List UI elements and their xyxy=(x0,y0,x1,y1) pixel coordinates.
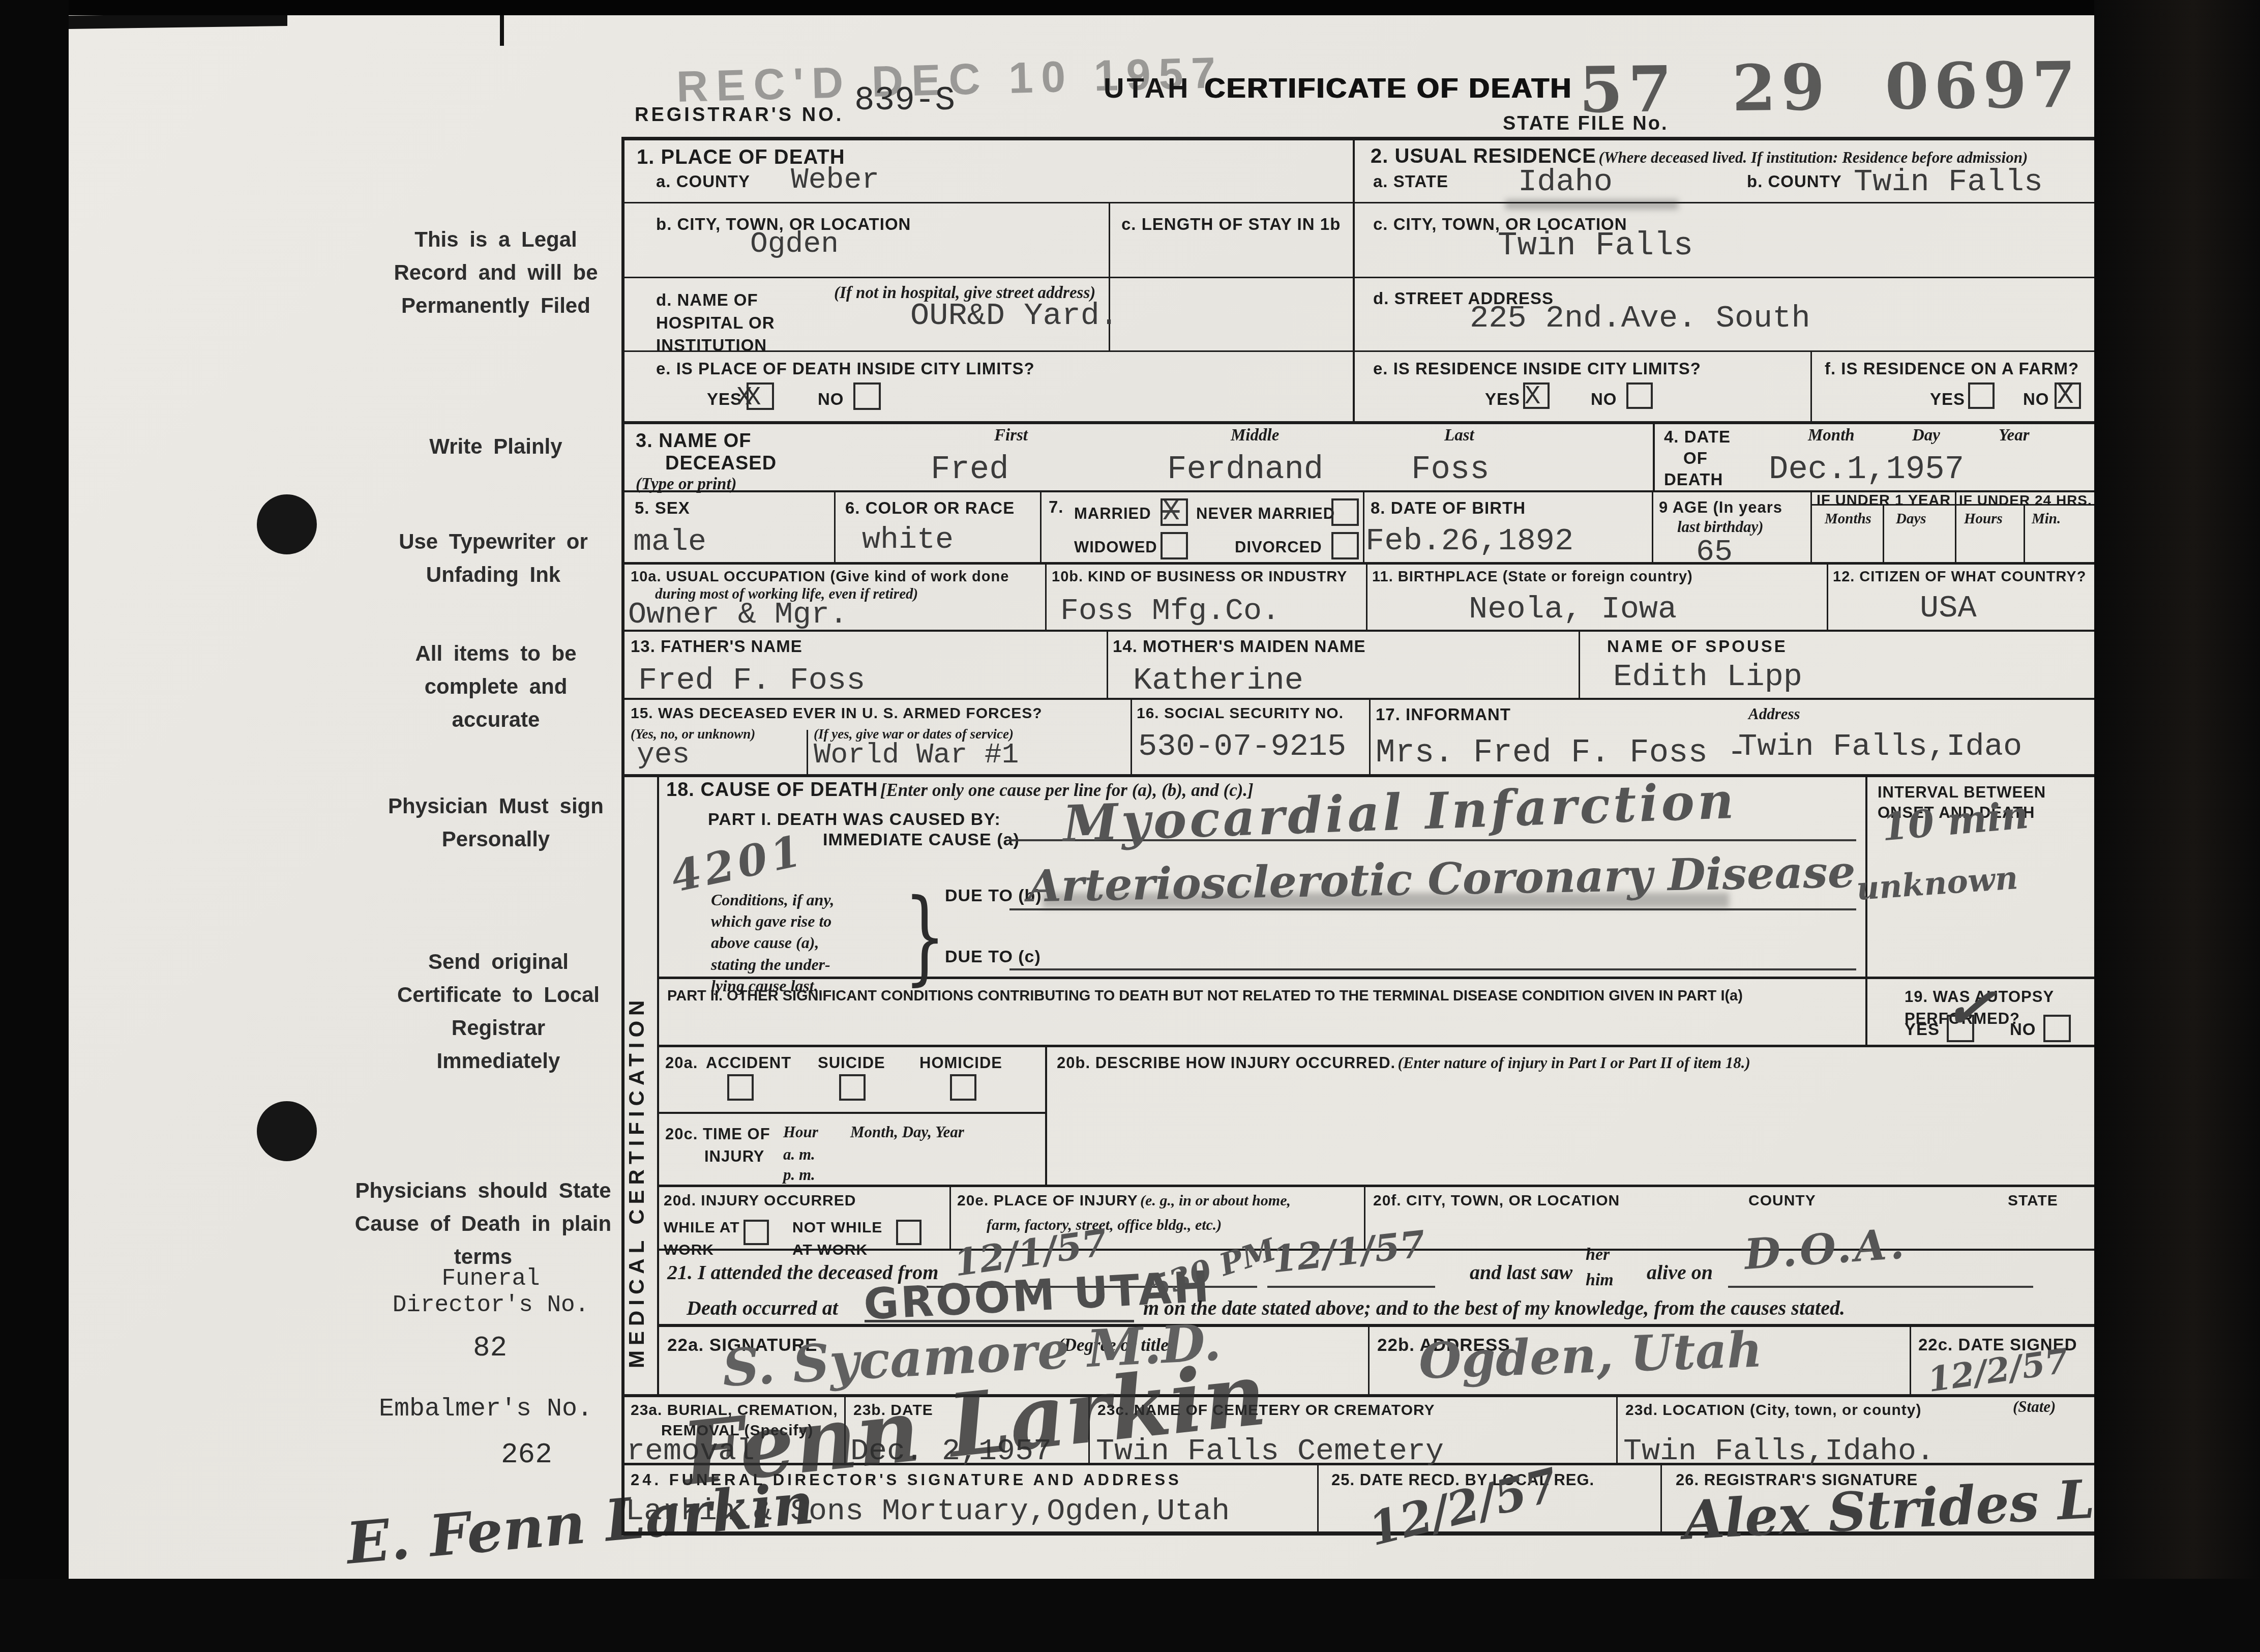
s21-mid-label: and last saw xyxy=(1470,1260,1572,1284)
form-line xyxy=(1040,490,1042,562)
s20d-label: 20d. INJURY OCCURRED xyxy=(664,1192,856,1209)
form-line xyxy=(657,774,659,1394)
s4-label1: 4. DATE xyxy=(1664,427,1731,447)
s7-widowed-label: WIDOWED xyxy=(1074,538,1157,556)
s1d-label: d. NAME OF HOSPITAL OR INSTITUTION xyxy=(656,289,775,357)
s20c-mdy-label: Month, Day, Year xyxy=(850,1123,964,1141)
s20a-number: 20a. xyxy=(665,1054,698,1072)
form-line xyxy=(1107,630,1108,698)
s19-yes-label: YES xyxy=(1905,1020,1940,1039)
medical-certification-vertical-label: MEDICAL CERTIFICATION xyxy=(625,829,649,1368)
s4-date-of-death-value: Dec.1,1957 xyxy=(1769,452,1964,488)
s2d-street-value: 225 2nd.Ave. South xyxy=(1470,300,1810,336)
form-line xyxy=(621,277,2094,278)
form-line xyxy=(1827,562,1828,630)
s15-value1: yes xyxy=(637,739,690,772)
form-line xyxy=(1353,137,1355,421)
s21-blank3 xyxy=(1728,1286,2033,1288)
s20a-homicide-checkbox xyxy=(950,1074,976,1101)
s20b-label-row: 20b. DESCRIBE HOW INJURY OCCURRED. (Ente… xyxy=(1057,1054,1750,1072)
s2e-yes-mark: X xyxy=(1525,381,1540,411)
s7-never-married-label: NEVER MARRIED xyxy=(1196,505,1335,523)
s20d-notwhile-checkbox xyxy=(896,1220,921,1245)
margin-note-plain-terms: Physicians should State Cause of Death i… xyxy=(346,1174,620,1273)
margin-note-typewriter: Use Typewriter or Unfading Ink xyxy=(366,525,620,591)
s2f-yes-checkbox xyxy=(1968,382,1995,409)
form-line xyxy=(2024,504,2025,562)
s7-never-married-checkbox xyxy=(1331,498,1359,526)
s8-dob-value: Feb.26,1892 xyxy=(1365,523,1573,559)
s3-first-label: First xyxy=(994,426,1028,445)
s4-day-label: Day xyxy=(1912,426,1940,445)
spouse-label: NAME OF SPOUSE xyxy=(1607,637,1788,656)
s2a-state-value: Idaho xyxy=(1518,164,1613,200)
s23d-label: 23d. LOCATION (City, town, or county) xyxy=(1625,1402,1922,1419)
form-line xyxy=(1317,1463,1319,1531)
s3-title1: 3. NAME OF xyxy=(636,430,751,452)
s17-address-label: Address xyxy=(1748,705,1800,723)
form-line xyxy=(621,562,2094,565)
form-line xyxy=(621,774,2094,777)
punch-hole-top xyxy=(257,494,317,554)
form-line xyxy=(1865,774,1867,1045)
s20f-label: 20f. CITY, TOWN, OR LOCATION xyxy=(1373,1192,1620,1209)
scan-border-right xyxy=(2094,0,2260,1652)
s20c-label2: INJURY xyxy=(704,1147,765,1166)
s2e-yes-label: YES xyxy=(1485,390,1520,409)
s8-label: 8. DATE OF BIRTH xyxy=(1371,498,1526,518)
form-line xyxy=(949,1185,951,1249)
s20f-county-label: COUNTY xyxy=(1748,1192,1816,1209)
scan-defect-line xyxy=(500,14,504,46)
s16-ssn-value: 530-07-9215 xyxy=(1138,728,1346,764)
form-line xyxy=(1363,490,1364,562)
s16-label: 16. SOCIAL SECURITY NO. xyxy=(1137,705,1344,722)
s13-label: 13. FATHER'S NAME xyxy=(631,637,802,656)
s10b-industry-value: Foss Mfg.Co. xyxy=(1060,594,1280,629)
s9-label2: last birthday) xyxy=(1677,518,1764,536)
s3-first-value: Fred xyxy=(931,452,1009,488)
scan-border-left xyxy=(0,0,69,1652)
form-line xyxy=(1366,562,1367,630)
s1c-label: c. LENGTH OF STAY IN 1b xyxy=(1121,215,1341,234)
s20d-while-label: WHILE AT WORK xyxy=(664,1217,740,1261)
margin-note-legal: This is a Legal Record and will be Perma… xyxy=(381,223,610,322)
s20a-suicide-label: SUICIDE xyxy=(818,1054,885,1072)
s5-sex-value: male xyxy=(633,525,706,559)
s18-part2-label: PART II. OTHER SIGNIFICANT CONDITIONS CO… xyxy=(667,988,1743,1005)
s2b-label: b. COUNTY xyxy=(1747,172,1842,191)
s23d-location-value: Twin Falls,Idaho. xyxy=(1623,1434,1935,1469)
s10a-label1: 10a. USUAL OCCUPATION (Give kind of work… xyxy=(631,569,1009,585)
scanned-death-certificate: REC'D DEC 10 1957 REGISTRAR'S NO. 839-S … xyxy=(0,0,2260,1652)
s12-citizen-value: USA xyxy=(1920,590,1977,626)
s1a-county-value: Weber xyxy=(791,164,879,197)
s7-widowed-checkbox xyxy=(1161,532,1188,559)
form-line xyxy=(1045,1045,1047,1185)
form-line xyxy=(1660,1463,1662,1531)
form-line xyxy=(1810,350,1812,421)
s20b-note: (Enter nature of injury in Part I or Par… xyxy=(1398,1054,1750,1072)
s21-him-label: him xyxy=(1586,1271,1614,1290)
s7-married-mark: X xyxy=(1163,495,1180,528)
s19-no-label: NO xyxy=(2010,1020,2036,1039)
s20a-suicide-checkbox xyxy=(839,1074,866,1101)
s18-brace: } xyxy=(904,877,946,996)
s11-birthplace-value: Neola, Iowa xyxy=(1469,591,1677,627)
form-line xyxy=(621,202,2094,203)
s7-divorced-label: DIVORCED xyxy=(1235,538,1322,556)
s9-under1yr-label: IF UNDER 1 YEAR xyxy=(1817,492,1951,509)
s12-label: 12. CITIZEN OF WHAT COUNTRY? xyxy=(1833,569,2086,585)
form-title: UTAHCERTIFICATE OF DEATH xyxy=(1104,71,1572,104)
s18-conditions-note: Conditions, if any, which gave rise to a… xyxy=(711,889,834,996)
s2f-no-mark: X xyxy=(2057,380,2073,411)
s6-label: 6. COLOR OR RACE xyxy=(845,498,1015,518)
s17-address-value: Twin Falls,Idao xyxy=(1738,728,2022,764)
s1e-yes-mark: XX xyxy=(736,382,754,412)
funeral-directors-no-value: 82 xyxy=(473,1332,507,1364)
scan-border-bottom xyxy=(0,1579,2260,1652)
state-underline-smudge xyxy=(1505,199,1678,210)
s20a-accident-checkbox xyxy=(727,1074,754,1101)
s3-title3: (Type or print) xyxy=(636,475,737,494)
s3-last-label: Last xyxy=(1444,426,1474,445)
form-line xyxy=(1883,504,1884,562)
s18-due-c-label: DUE TO (c) xyxy=(945,947,1041,967)
s7-divorced-checkbox xyxy=(1331,532,1359,559)
s21-blank2 xyxy=(1267,1286,1435,1288)
registrars-no-label: REGISTRAR'S NO. xyxy=(635,104,844,126)
s4-year-label: Year xyxy=(1999,426,2030,445)
s18-title: 18. CAUSE OF DEATH xyxy=(666,779,878,801)
s18-part1-label: PART I. DEATH WAS CAUSED BY: xyxy=(708,810,1001,830)
form-title-rest: CERTIFICATE OF DEATH xyxy=(1204,72,1572,104)
form-line xyxy=(834,490,836,562)
s20d-while-checkbox xyxy=(744,1220,769,1245)
form-line xyxy=(621,350,2094,352)
s9-age-value: 65 xyxy=(1696,535,1733,570)
registrars-no-value: 839-S xyxy=(854,81,955,120)
s7-married-label: MARRIED xyxy=(1074,505,1151,523)
form-line xyxy=(1652,490,1653,562)
s3-title2: DECEASED xyxy=(665,453,777,475)
s6-race-value: white xyxy=(862,523,954,557)
s20c-am-label: a. m. xyxy=(783,1145,815,1164)
s21-line2-pre-label: Death occurred at xyxy=(687,1296,838,1320)
state-file-label: STATE FILE No. xyxy=(1503,113,1669,135)
s3-middle-value: Ferdnand xyxy=(1167,452,1323,488)
form-line xyxy=(657,977,2094,979)
form-line xyxy=(1369,698,1371,774)
s2f-label: f. IS RESIDENCE ON A FARM? xyxy=(1825,359,2079,378)
s20d-notwhile-label: NOT WHILE AT WORK xyxy=(792,1217,882,1261)
form-line xyxy=(657,1112,1045,1114)
s20c-pm-label: p. m. xyxy=(783,1166,815,1184)
s9-under24-label: IF UNDER 24 HRS. xyxy=(1959,492,2092,509)
s9-hours-label: Hours xyxy=(1964,511,2003,527)
form-line xyxy=(621,137,2094,140)
margin-note-items: All items to be complete and accurate xyxy=(381,637,610,736)
margin-note-physician: Physician Must sign Personally xyxy=(386,789,605,855)
s2f-no-label: NO xyxy=(2023,390,2049,409)
form-line xyxy=(657,1185,2094,1187)
s22b-address-handwriting: Ogden, Utah xyxy=(1418,1320,1763,1390)
cause-c-underline xyxy=(1009,968,1856,970)
form-line xyxy=(1616,1394,1618,1463)
form-line xyxy=(1579,630,1580,698)
margin-note-write-plainly: Write Plainly xyxy=(376,430,615,463)
s9-months-label: Months xyxy=(1825,511,1871,527)
form-line xyxy=(1910,1324,1911,1394)
s9-label1: 9 AGE (In years xyxy=(1659,498,1782,517)
form-line xyxy=(1131,698,1132,774)
s18-immediate-label: IMMEDIATE CAUSE (a) xyxy=(823,830,1020,850)
s20e-note1: (e. g., in or about home, xyxy=(1140,1192,1291,1209)
s11-label: 11. BIRTHPLACE (State or foreign country… xyxy=(1372,569,1693,585)
form-line xyxy=(1045,562,1047,630)
s20f-state-label: STATE xyxy=(2008,1192,2058,1209)
form-line xyxy=(621,421,2094,424)
s20a-accident-label: ACCIDENT xyxy=(706,1054,791,1072)
embalmers-no-label: Embalmer's No. xyxy=(379,1395,592,1424)
s17-informant-value: Mrs. Fred F. Foss - xyxy=(1376,735,1747,772)
s21-line2-post-label: m on the date stated above; and to the b… xyxy=(1143,1296,1845,1320)
s4-label2: OF xyxy=(1683,449,1708,468)
s4-month-label: Month xyxy=(1808,426,1855,445)
s9-min-label: Min. xyxy=(2032,511,2061,527)
s21-her-label: her xyxy=(1586,1245,1610,1264)
s19-no-checkbox xyxy=(2043,1015,2071,1042)
form-line xyxy=(1368,1324,1370,1394)
form-line xyxy=(1955,490,1956,562)
s3-last-value: Foss xyxy=(1411,452,1490,488)
form-line xyxy=(1810,490,1812,562)
s3-middle-label: Middle xyxy=(1231,426,1279,445)
s9-days-label: Days xyxy=(1896,511,1926,527)
s20b-label: 20b. DESCRIBE HOW INJURY OCCURRED. xyxy=(1057,1054,1395,1072)
s2e-label: e. IS RESIDENCE INSIDE CITY LIMITS? xyxy=(1373,359,1701,378)
s15-value2: World War #1 xyxy=(814,739,1019,771)
s1d-institution-value: OUR&D Yard. xyxy=(910,298,1118,334)
s1e-label: e. IS PLACE OF DEATH INSIDE CITY LIMITS? xyxy=(656,359,1035,378)
spouse-value: Edith Lipp xyxy=(1613,659,1802,695)
s5-label: 5. SEX xyxy=(635,498,690,518)
funeral-directors-no-label: Funeral Director's No. xyxy=(369,1265,613,1318)
s19-yes-checkmark: ✓ xyxy=(1940,969,1999,1046)
s20a-homicide-label: HOMICIDE xyxy=(919,1054,1002,1072)
s2a-label: a. STATE xyxy=(1373,172,1448,191)
s20c-hour-label: Hour xyxy=(783,1123,818,1141)
s14-label: 14. MOTHER'S MAIDEN NAME xyxy=(1113,637,1366,656)
form-line xyxy=(657,1045,2094,1047)
form-title-utah: UTAH xyxy=(1104,72,1191,104)
margin-note-send-original: Send original Certificate to Local Regis… xyxy=(392,945,605,1077)
s10a-occupation-value: Owner & Mgr. xyxy=(628,598,848,632)
s2e-no-label: NO xyxy=(1591,390,1617,409)
s23d-state-note: (State) xyxy=(2013,1398,2056,1416)
s2f-yes-label: YES xyxy=(1930,390,1965,409)
s17-label: 17. INFORMANT xyxy=(1376,705,1511,724)
s10b-label: 10b. KIND OF BUSINESS OR INDUSTRY xyxy=(1052,569,1347,585)
s2c-city-value: Twin Falls xyxy=(1498,228,1693,264)
s20c-label1: 20c. TIME OF xyxy=(665,1125,770,1143)
s13-father-value: Fred F. Foss xyxy=(638,662,865,698)
s4-label3: DEATH xyxy=(1664,470,1723,489)
s1b-city-value: Ogden xyxy=(750,228,839,261)
s20e-label: 20e. PLACE OF INJURY xyxy=(957,1192,1138,1209)
s21-alive-label: alive on xyxy=(1647,1260,1713,1284)
s20e-label-row: 20e. PLACE OF INJURY (e. g., in or about… xyxy=(957,1192,1291,1209)
form-line xyxy=(807,730,808,774)
s15-label: 15. WAS DECEASED EVER IN U. S. ARMED FOR… xyxy=(631,705,1043,722)
s1e-no-checkbox xyxy=(853,382,881,410)
s14-mother-value: Katherine xyxy=(1133,662,1303,698)
s2e-no-checkbox xyxy=(1626,382,1653,409)
form-line xyxy=(1653,421,1655,490)
scan-border-top xyxy=(0,0,2260,15)
s1e-no-label: NO xyxy=(818,390,844,409)
s2b-county-value: Twin Falls xyxy=(1854,164,2043,200)
s1a-label: a. COUNTY xyxy=(656,172,750,191)
embalmers-no-value: 262 xyxy=(501,1438,552,1471)
s7-number: 7. xyxy=(1049,497,1064,517)
punch-hole-bottom xyxy=(257,1101,317,1161)
